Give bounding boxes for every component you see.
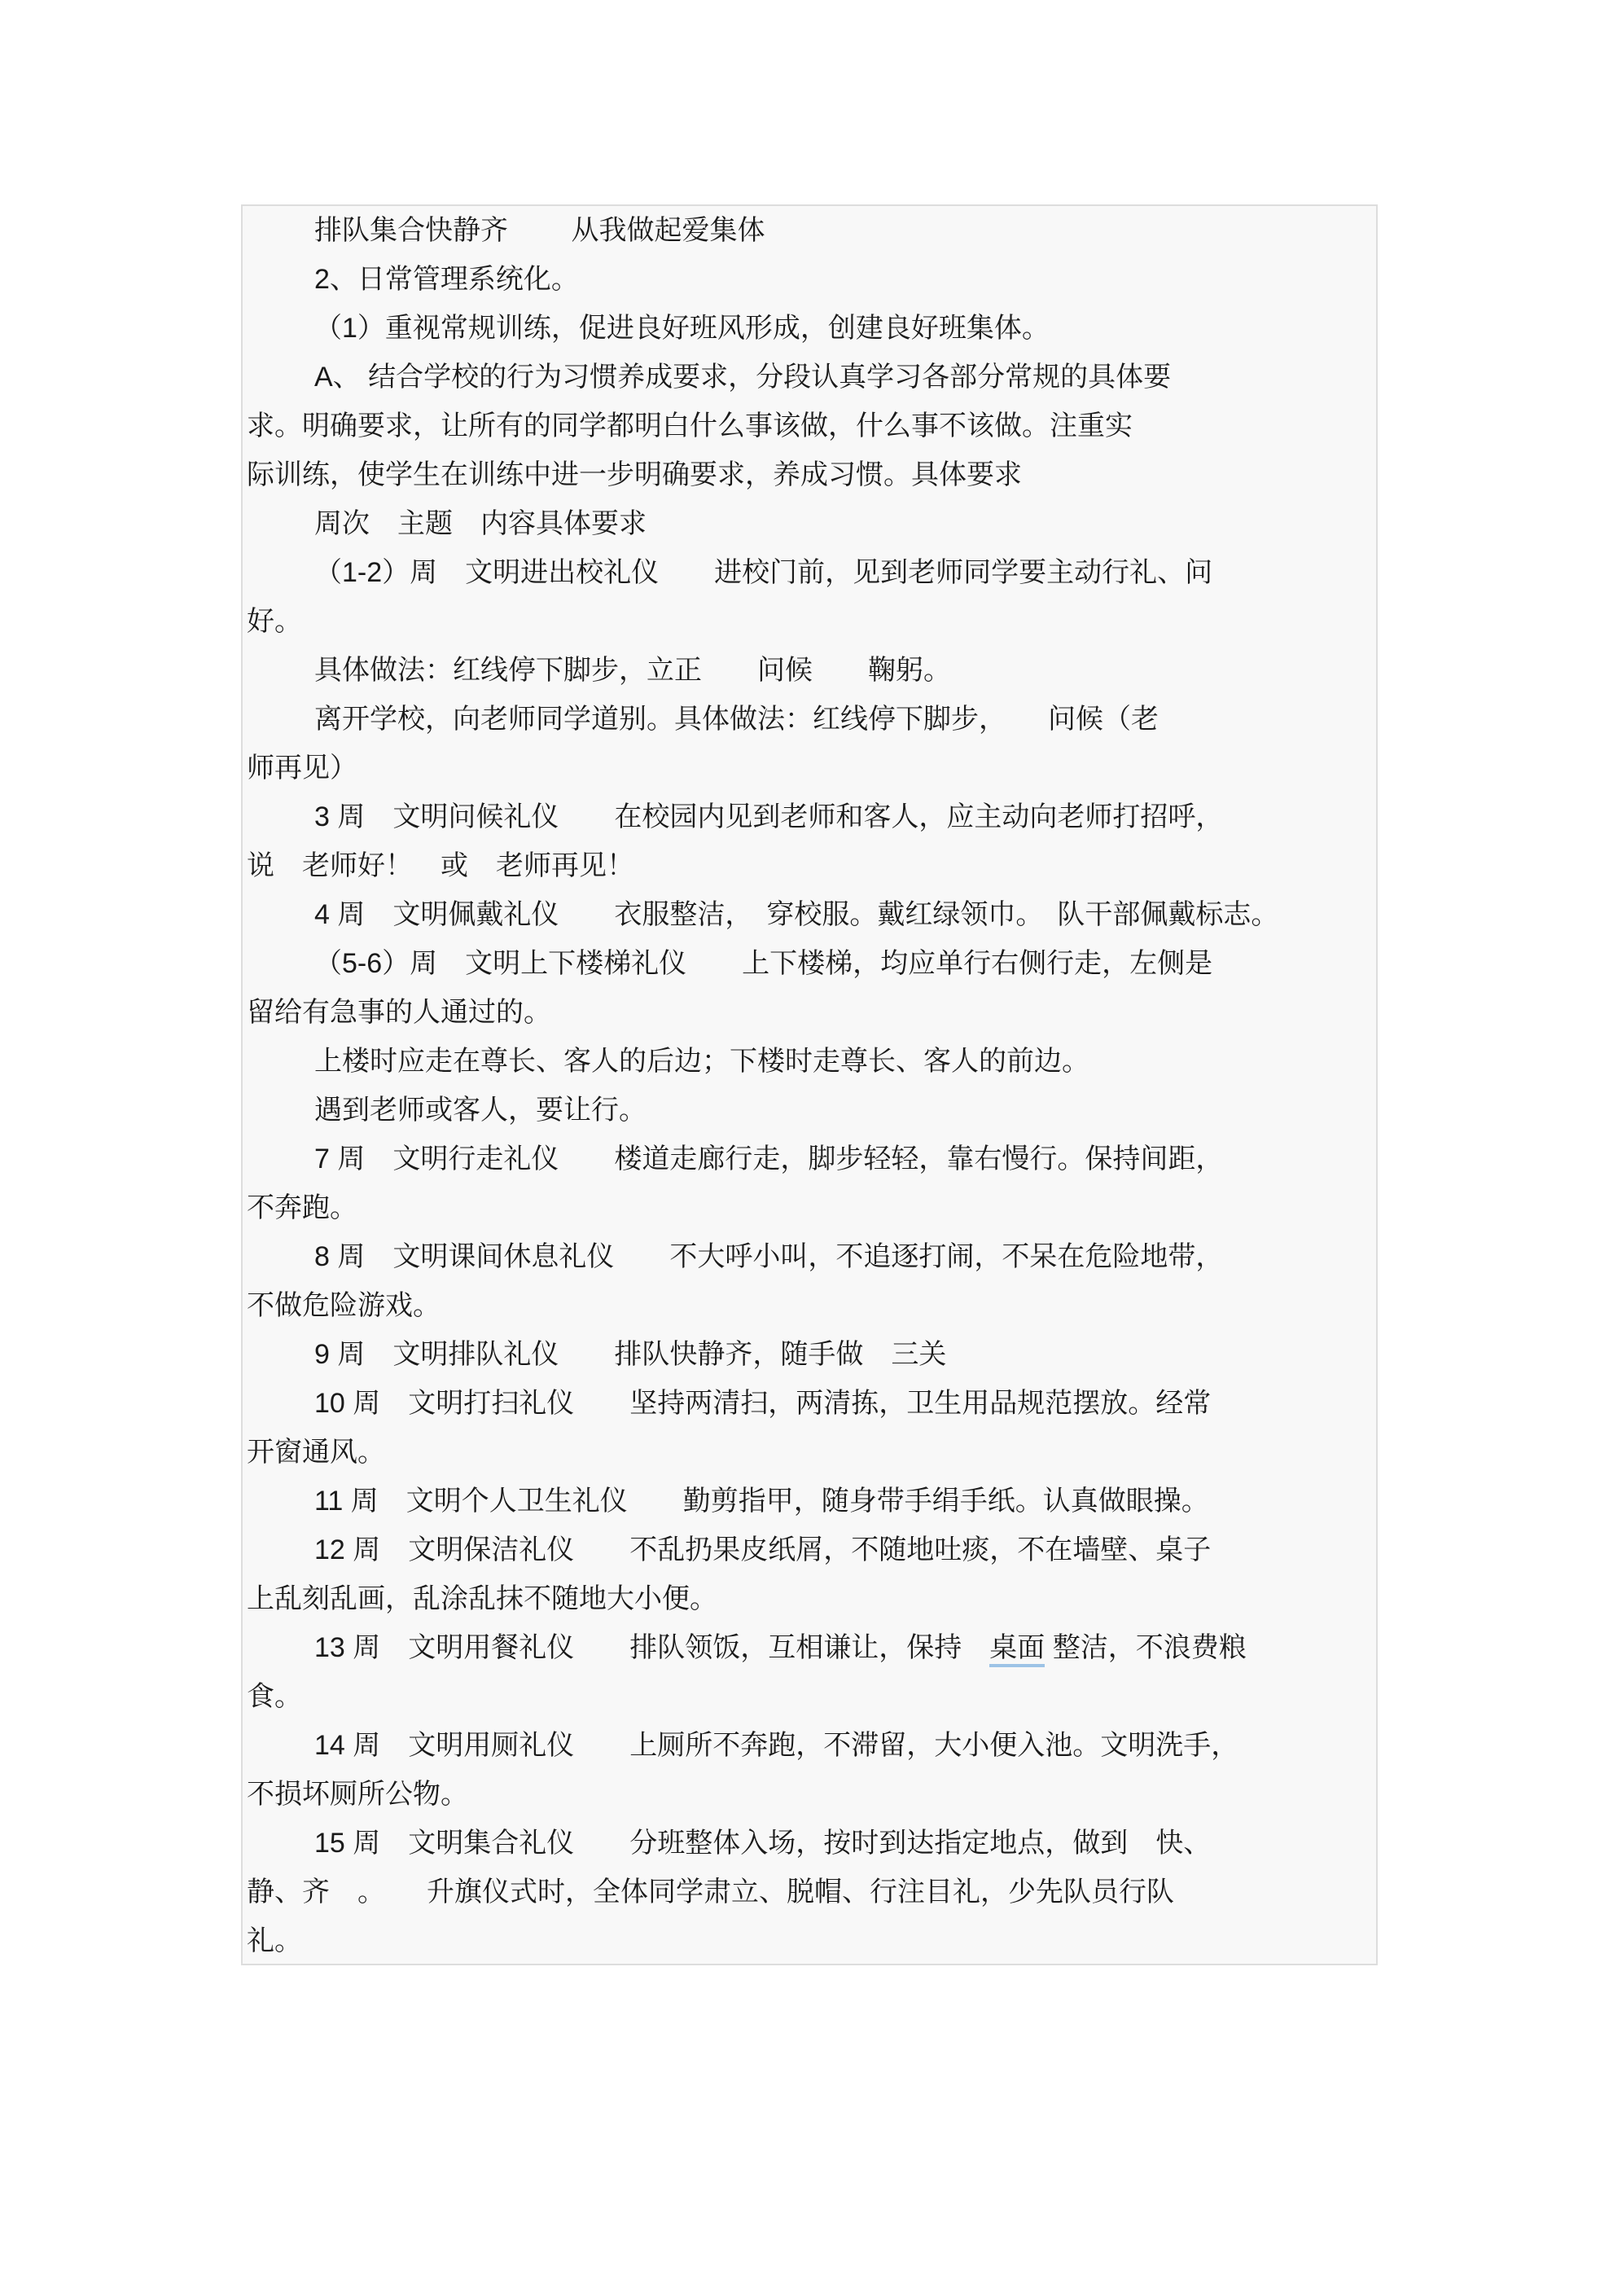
- text-run: 不做危险游戏。: [247, 1290, 441, 1321]
- text-run: 上乱刻乱画，乱涂乱抹不随地大小便。: [247, 1583, 717, 1614]
- text-run: 10 周 文明打扫礼仪 坚持两清扫，两清拣，卫生用品规范摆放。经常: [314, 1388, 1211, 1419]
- text-line: （1）重视常规训练，促进良好班风形成，创建良好班集体。: [247, 304, 1361, 353]
- text-run: A、 结合学校的行为习惯养成要求，分段认真学习各部分常规的具体要: [314, 362, 1171, 393]
- text-line: 不损坏厕所公物。: [247, 1770, 1361, 1819]
- text-run: 7 周 文明行走礼仪 楼道走廊行走，脚步轻轻，靠右慢行。保持间距，: [314, 1144, 1223, 1174]
- text-line: 2、日常管理系统化。: [247, 255, 1361, 304]
- text-run: 师再见）: [247, 753, 357, 784]
- text-run: 不奔跑。: [247, 1192, 357, 1223]
- text-line: 周次 主题 内容具体要求: [247, 499, 1361, 548]
- text-line: 8 周 文明课间休息礼仪 不大呼小叫，不追逐打闹，不呆在危险地带，: [247, 1232, 1361, 1281]
- text-line: 求。明确要求，让所有的同学都明白什么事该做，什么事不该做。注重实: [247, 402, 1361, 450]
- text-run: （1-2）周 文明进出校礼仪 进校门前，见到老师同学要主动行礼、问: [314, 557, 1212, 588]
- text-run: 9 周 文明排队礼仪 排队快静齐，随手做 三关: [314, 1339, 946, 1370]
- text-line: 10 周 文明打扫礼仪 坚持两清扫，两清拣，卫生用品规范摆放。经常: [247, 1379, 1361, 1428]
- text-run: 整洁，不浪费粮: [1045, 1632, 1246, 1663]
- text-line: 上楼时应走在尊长、客人的后边；下楼时走尊长、客人的前边。: [247, 1037, 1361, 1086]
- text-line: 留给有急事的人通过的。: [247, 988, 1361, 1037]
- text-line: A、 结合学校的行为习惯养成要求，分段认真学习各部分常规的具体要: [247, 353, 1361, 402]
- text-run: 12 周 文明保洁礼仪 不乱扔果皮纸屑，不随地吐痰，不在墙壁、桌子: [314, 1534, 1211, 1565]
- text-run: 具体做法：红线停下脚步，立正 问候 鞠躬。: [314, 655, 951, 686]
- text-run: 离开学校，向老师同学道别。具体做法：红线停下脚步， 问候（老: [314, 704, 1159, 735]
- text-line: 静、齐 。 升旗仪式时，全体同学肃立、脱帽、行注目礼，少先队员行队: [247, 1868, 1361, 1916]
- text-line: 9 周 文明排队礼仪 排队快静齐，随手做 三关: [247, 1330, 1361, 1379]
- text-line: 13 周 文明用餐礼仪 排队领饭，互相谦让，保持 桌面 整洁，不浪费粮: [247, 1623, 1361, 1672]
- text-run: 11 周 文明个人卫生礼仪 勤剪指甲，随身带手绢手纸。认真做眼操。: [314, 1486, 1209, 1517]
- text-run: 留给有急事的人通过的。: [247, 997, 551, 1028]
- text-line: 遇到老师或客人，要让行。: [247, 1086, 1361, 1135]
- text-line: 不奔跑。: [247, 1183, 1361, 1232]
- text-line: 12 周 文明保洁礼仪 不乱扔果皮纸屑，不随地吐痰，不在墙壁、桌子: [247, 1526, 1361, 1574]
- text-run: 15 周 文明集合礼仪 分班整体入场，按时到达指定地点，做到 快、: [314, 1828, 1211, 1859]
- text-line: 15 周 文明集合礼仪 分班整体入场，按时到达指定地点，做到 快、: [247, 1819, 1361, 1868]
- text-run: （5-6）周 文明上下楼梯礼仪 上下楼梯，均应单行右侧行走，左侧是: [314, 948, 1212, 979]
- text-run: 不损坏厕所公物。: [247, 1779, 468, 1810]
- text-run: 上楼时应走在尊长、客人的后边；下楼时走尊长、客人的前边。: [314, 1046, 1089, 1077]
- document-body: 排队集合快静齐 从我做起爱集体2、日常管理系统化。（1）重视常规训练，促进良好班…: [243, 206, 1376, 1965]
- text-run: 周次 主题 内容具体要求: [314, 508, 647, 539]
- text-run: 排队集合快静齐 从我做起爱集体: [314, 215, 765, 246]
- text-line: 师再见）: [247, 744, 1361, 792]
- text-line: 食。: [247, 1672, 1361, 1721]
- text-line: 排队集合快静齐 从我做起爱集体: [247, 206, 1361, 255]
- text-line: 际训练，使学生在训练中进一步明确要求，养成习惯。具体要求: [247, 450, 1361, 499]
- text-line: 开窗通风。: [247, 1428, 1361, 1477]
- text-run: 4 周 文明佩戴礼仪 衣服整洁， 穿校服。戴红绿领巾。 队干部佩戴标志。: [314, 899, 1278, 930]
- text-line: 具体做法：红线停下脚步，立正 问候 鞠躬。: [247, 646, 1361, 695]
- text-run: 食。: [247, 1681, 302, 1712]
- text-line: （1-2）周 文明进出校礼仪 进校门前，见到老师同学要主动行礼、问: [247, 548, 1361, 597]
- text-run: 遇到老师或客人，要让行。: [314, 1095, 647, 1126]
- text-line: 3 周 文明问候礼仪 在校园内见到老师和客人，应主动向老师打招呼，: [247, 792, 1361, 841]
- document-page-panel: 排队集合快静齐 从我做起爱集体2、日常管理系统化。（1）重视常规训练，促进良好班…: [241, 204, 1378, 1965]
- text-run: 说 老师好！ 或 老师再见！: [247, 850, 634, 881]
- text-run: 际训练，使学生在训练中进一步明确要求，养成习惯。具体要求: [247, 459, 1022, 490]
- text-line: 11 周 文明个人卫生礼仪 勤剪指甲，随身带手绢手纸。认真做眼操。: [247, 1477, 1361, 1526]
- text-run: 2、日常管理系统化。: [314, 264, 579, 295]
- text-run: 8 周 文明课间休息礼仪 不大呼小叫，不追逐打闹，不呆在危险地带，: [314, 1241, 1223, 1272]
- text-run: 好。: [247, 606, 302, 637]
- text-line: 礼。: [247, 1916, 1361, 1965]
- text-run: 3 周 文明问候礼仪 在校园内见到老师和客人，应主动向老师打招呼，: [314, 801, 1223, 832]
- text-line: 离开学校，向老师同学道别。具体做法：红线停下脚步， 问候（老: [247, 695, 1361, 744]
- text-line: 7 周 文明行走礼仪 楼道走廊行走，脚步轻轻，靠右慢行。保持间距，: [247, 1135, 1361, 1183]
- text-run: 静、齐 。 升旗仪式时，全体同学肃立、脱帽、行注目礼，少先队员行队: [247, 1877, 1174, 1907]
- text-run: （1）重视常规训练，促进良好班风形成，创建良好班集体。: [314, 313, 1050, 344]
- text-line: 说 老师好！ 或 老师再见！: [247, 841, 1361, 890]
- text-run: 礼。: [247, 1925, 302, 1956]
- text-run: 13 周 文明用餐礼仪 排队领饭，互相谦让，保持: [314, 1632, 989, 1663]
- text-line: 不做危险游戏。: [247, 1281, 1361, 1330]
- text-run: 求。明确要求，让所有的同学都明白什么事该做，什么事不该做。注重实: [247, 410, 1133, 441]
- text-line: 4 周 文明佩戴礼仪 衣服整洁， 穿校服。戴红绿领巾。 队干部佩戴标志。: [247, 890, 1361, 939]
- text-line: （5-6）周 文明上下楼梯礼仪 上下楼梯，均应单行右侧行走，左侧是: [247, 939, 1361, 988]
- text-line: 14 周 文明用厕礼仪 上厕所不奔跑，不滞留，大小便入池。文明洗手，: [247, 1721, 1361, 1770]
- text-line: 好。: [247, 597, 1361, 646]
- text-line: 上乱刻乱画，乱涂乱抹不随地大小便。: [247, 1574, 1361, 1623]
- text-run: 14 周 文明用厕礼仪 上厕所不奔跑，不滞留，大小便入池。文明洗手，: [314, 1730, 1238, 1761]
- underlined-term: 桌面: [989, 1632, 1045, 1667]
- text-run: 开窗通风。: [247, 1437, 385, 1468]
